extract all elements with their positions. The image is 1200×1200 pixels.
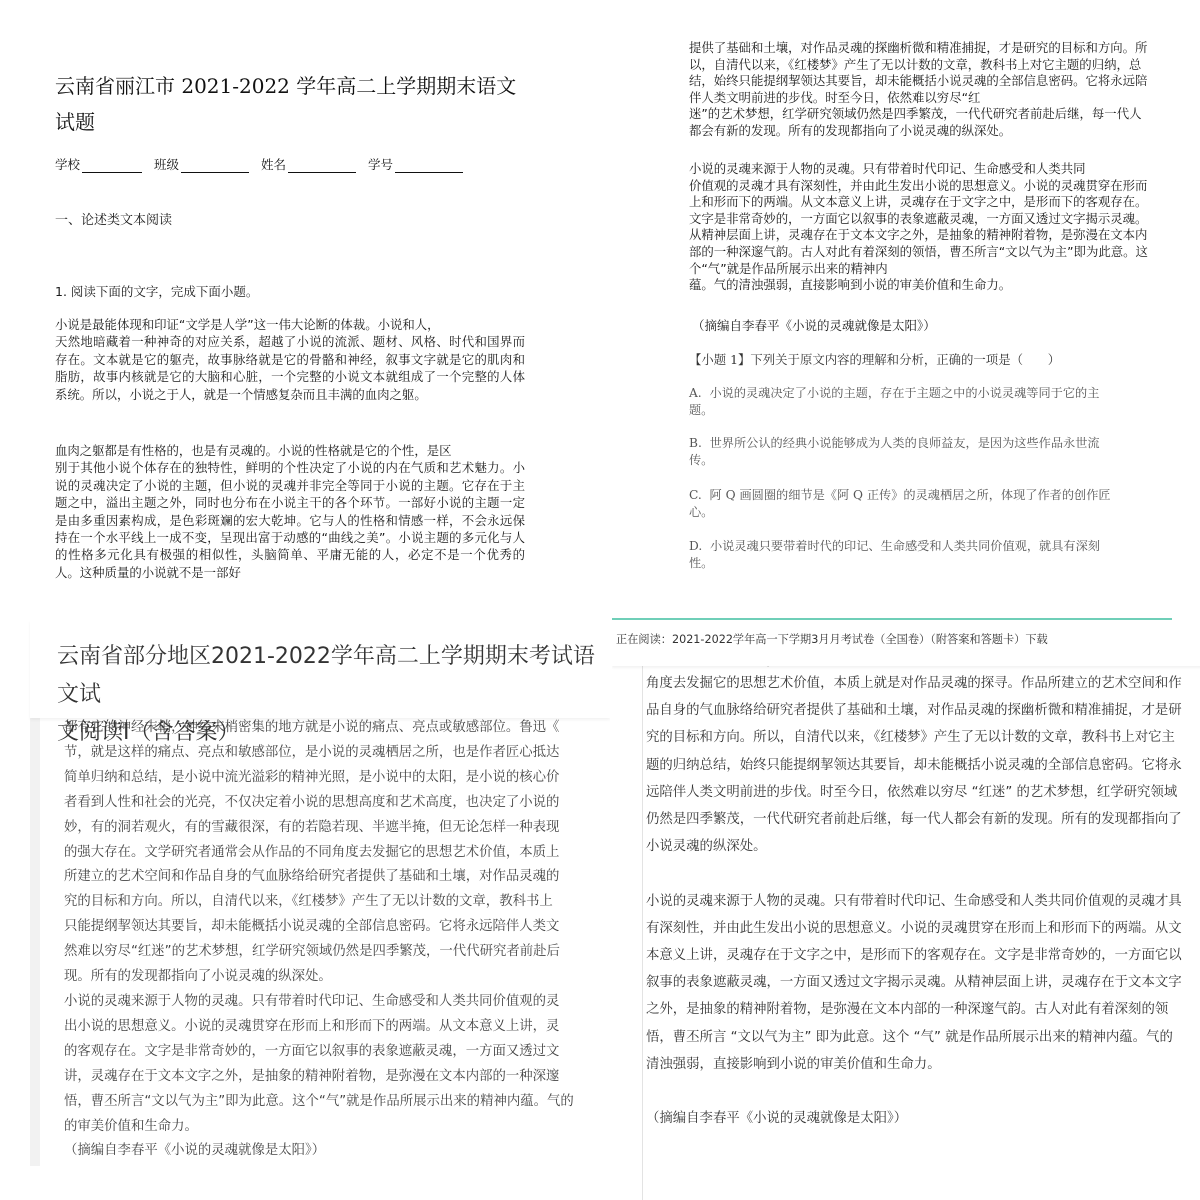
question-intro: 1. 阅读下面的文字，完成下面小题。 (55, 282, 258, 300)
option-letter: D. (689, 539, 702, 553)
option-letter: C. (689, 488, 702, 502)
student-id-label: 学号 (368, 155, 393, 173)
section-heading: 一、论述类文本阅读 (55, 209, 172, 228)
article-line: 妙，有的洞若观火，有的雪藏很深，有的若隐若现、半遮半掩，但无论怎样一种表现 (40, 816, 610, 841)
option-a: A. 小说的灵魂决定了小说的主题，存在于主题之中的小说灵魂等同于它的主 题。 (689, 385, 1153, 419)
now-reading-label: 正在阅读： (616, 633, 672, 646)
option-text: 世界所公认的经典小说能够成为人类的良师益友，是因为这些作品永世流 传。 (689, 436, 1100, 467)
article-line: 简单归纳和总结，是小说中流光溢彩的精神光照，是小说中的太阳，是小说的核心价 (40, 766, 610, 791)
exam-page-top-left: 云南省丽江市 2021-2022 学年高二上学期期末语文试题 学校 班级 姓名 … (0, 0, 600, 610)
paragraph-gap (643, 1078, 1200, 1105)
option-d: D. 小说灵魂只要带着时代的印记、生命感受和人类共同价值观，就具有深刻 性。 (689, 538, 1153, 572)
article-line: 所建立的艺术空间和作品自身的气血脉络给研究者提供了基础和土壤，对作品灵魂的 (40, 865, 610, 890)
option-text: 小说灵魂只要带着时代的印记、生命感受和人类共同价值观，就具有深刻 性。 (689, 539, 1100, 570)
reader-line: 品自身的气血脉络给研究者提供了基础和土壤，对作品灵魂的探幽析微和精准捕捉，才是研 (643, 697, 1200, 724)
article-question-line: 1．下列关于原文内容的理解和分析，不正确的一项是（ ）（3分） (40, 1164, 610, 1166)
article-line: 现。所有的发现都指向了小说灵魂的纵深处。 (40, 965, 610, 990)
reader-line: 题的归纳总结，始终只能提纲挈领达其要旨，却未能概括小说灵魂的全部信息密码。它将永 (643, 752, 1200, 779)
article-title[interactable]: 云南省部分地区2021-2022学年高二上学期期末考试语文试 文阅读I（含答案） (57, 638, 597, 752)
exam-page-top-right: 提供了基础和土壤，对作品灵魂的探幽析微和精准捕捉，才是研究的目标和方向。所以，自… (610, 0, 1200, 610)
article-body: 都有它的神经末梢，神经末梢密集的地方就是小说的痛点、亮点或敏感部位。鲁迅《 节，… (40, 716, 610, 1166)
reader-line: 悟，曹丕所言 “文以气为主” 即为此意。这个 “气” 就是作品所展示出来的精神内… (643, 1024, 1200, 1051)
option-letter: A. (689, 386, 702, 400)
class-label: 班级 (154, 155, 179, 173)
school-label: 学校 (55, 155, 80, 173)
reader-line: 角度去发掘它的思想艺术价值，本质上就是对作品灵魂的探寻。作品所建立的艺术空间和作 (643, 670, 1200, 697)
reader-line: 小说灵魂的纵深处。 (643, 833, 1200, 860)
reader-body[interactable]: 论怎样一种表现形态，都能够让读者感受到它的强大存在。文学研究者通常会从作品的不同… (642, 660, 1200, 1200)
school-blank (82, 158, 142, 173)
name-label: 姓名 (261, 155, 286, 173)
accent-divider (612, 618, 1172, 620)
reader-line: 有深刻性，并由此生发出小说的思想意义。小说的灵魂贯穿在形而上和形而下的两端。从文 (643, 915, 1200, 942)
reader-view-bottom-right: 正在阅读：2021-2022学年高一下学期3月月考试卷（全国卷）（附答案和答题卡… (612, 614, 1200, 1200)
article-scroll-area[interactable]: 都有它的神经末梢，神经末梢密集的地方就是小说的痛点、亮点或敏感部位。鲁迅《 节，… (30, 716, 610, 1166)
passage-paragraph: 血肉之躯都是有性格的，也是有灵魂的。小说的性格就是它的个性，是区 别于其他小说个… (55, 442, 525, 581)
class-field: 班级 (154, 155, 249, 173)
student-id-blank (395, 158, 463, 173)
web-article-bottom-left: 云南省部分地区2021-2022学年高二上学期期末考试语文试 文阅读I（含答案）… (0, 620, 610, 1200)
option-c: C. 阿 Q 画圆圈的细节是《阿 Q 正传》的灵魂栖居之所，体现了作者的创作匠 … (689, 487, 1153, 521)
class-blank (181, 158, 249, 173)
reader-line: 小说的灵魂来源于人物的灵魂。只有带着时代印记、生命感受和人类共同价值观的灵魂才具 (643, 888, 1200, 915)
article-source-line: （摘编自李春平《小说的灵魂就像是太阳》） (40, 1139, 610, 1164)
article-line: 的审美价值和生命力。 (40, 1115, 610, 1140)
option-b: B. 世界所公认的经典小说能够成为人类的良师益友，是因为这些作品永世流 传。 (689, 435, 1153, 469)
passage-source: （摘编自李春平《小说的灵魂就像是太阳》） (692, 316, 936, 334)
article-line: 然难以穷尽“红迷”的艺术梦想，红学研究领域仍然是四季繁茂，一代代研究者前赴后 (40, 940, 610, 965)
option-letter: B. (689, 436, 702, 450)
option-text: 小说的灵魂决定了小说的主题，存在于主题之中的小说灵魂等同于它的主 题。 (689, 386, 1099, 417)
article-header: 云南省部分地区2021-2022学年高二上学期期末考试语文试 文阅读I（含答案） (30, 620, 610, 718)
article-line: 悟，曹丕所言“文以气为主”即为此意。这个“气”就是作品所展示出来的精神内蕴。气的 (40, 1090, 610, 1115)
article-line: 只能提纲挈领达其要旨，却未能概括小说灵魂的全部信息密码。它将永远陪伴人类文 (40, 915, 610, 940)
now-reading-link[interactable]: 2021-2022学年高一下学期3月月考试卷（全国卷）（附答案和答题卡）下载 (672, 633, 1048, 646)
reader-line: 叙事的表象遮蔽灵魂，一方面又透过文字揭示灵魂。从精神层面上讲，灵魂存在于文本文字 (643, 969, 1200, 996)
exam-title: 云南省丽江市 2021-2022 学年高二上学期期末语文试题 (55, 68, 535, 140)
reader-line: 清浊强弱，直接影响到小说的审美价值和生命力。 (643, 1051, 1200, 1078)
question-stem: 【小题 1】下列关于原文内容的理解和分析，正确的一项是（ ） (689, 350, 1060, 368)
paragraph-gap (643, 860, 1200, 887)
reader-line: 远陪伴人类文明前进的步伐。时至今日，依然难以穷尽 “红迷” 的艺术梦想，红学研究… (643, 779, 1200, 806)
article-line: 的客观存在。文字是非常奇妙的，一方面它以叙事的表象遮蔽灵魂，一方面又透过文 (40, 1040, 610, 1065)
reader-line: 仍然是四季繁茂，一代代研究者前赴后继，每一代人都会有新的发现。所有的发现都指向了 (643, 806, 1200, 833)
passage-paragraph: 小说是最能体现和印证“文学是人学”这一伟大论断的体裁。小说和人， 天然地暗藏着一… (55, 316, 525, 403)
now-reading-bar[interactable]: 正在阅读：2021-2022学年高一下学期3月月考试卷（全国卷）（附答案和答题卡… (612, 628, 1200, 666)
article-line: 的强大存在。文学研究者通常会从作品的不同角度去发掘它的思想艺术价值，本质上 (40, 841, 610, 866)
article-line: 究的目标和方向。所以，自清代以来，《红楼梦》产生了无以计数的文章，教科书上 (40, 890, 610, 915)
article-line: 出小说的思想意义。小说的灵魂贯穿在形而上和形而下的两端。从文本意义上讲，灵 (40, 1015, 610, 1040)
article-line: 讲，灵魂存在于文本文字之外，是抽象的精神附着物，是弥漫在文本内部的一种深邃 (40, 1065, 610, 1090)
article-line: 者看到人性和社会的光亮，不仅决定着小说的思想高度和艺术高度，也决定了小说的 (40, 791, 610, 816)
passage-paragraph: 小说的灵魂来源于人物的灵魂。只有带着时代印记、生命感受和人类共同 价值观的灵魂才… (689, 161, 1153, 294)
student-info-fields: 学校 班级 姓名 学号 (55, 155, 463, 173)
article-line: 小说的灵魂来源于人物的灵魂。只有带着时代印记、生命感受和人类共同价值观的灵 (40, 990, 610, 1015)
reader-line: 究的目标和方向。所以，自清代以来，《红楼梦》产生了无以计数的文章，教科书上对它主 (643, 724, 1200, 751)
reader-line: 本意义上讲，灵魂存在于文字之中，是形而下的客观存在。文字是非常奇妙的，一方面它以 (643, 942, 1200, 969)
reader-source-line: （摘编自李春平《小说的灵魂就像是太阳》） (643, 1105, 1200, 1132)
student-id-field: 学号 (368, 155, 463, 173)
option-text: 阿 Q 画圆圈的细节是《阿 Q 正传》的灵魂栖居之所，体现了作者的创作匠 心。 (689, 488, 1111, 519)
school-field: 学校 (55, 155, 142, 173)
name-field: 姓名 (261, 155, 356, 173)
name-blank (288, 158, 356, 173)
reader-line: 之外，是抽象的精神附着物，是弥漫在文本内部的一种深邃气韵。古人对此有着深刻的领 (643, 996, 1200, 1023)
passage-paragraph: 提供了基础和土壤，对作品灵魂的探幽析微和精准捕捉，才是研究的目标和方向。所以，自… (689, 40, 1153, 140)
